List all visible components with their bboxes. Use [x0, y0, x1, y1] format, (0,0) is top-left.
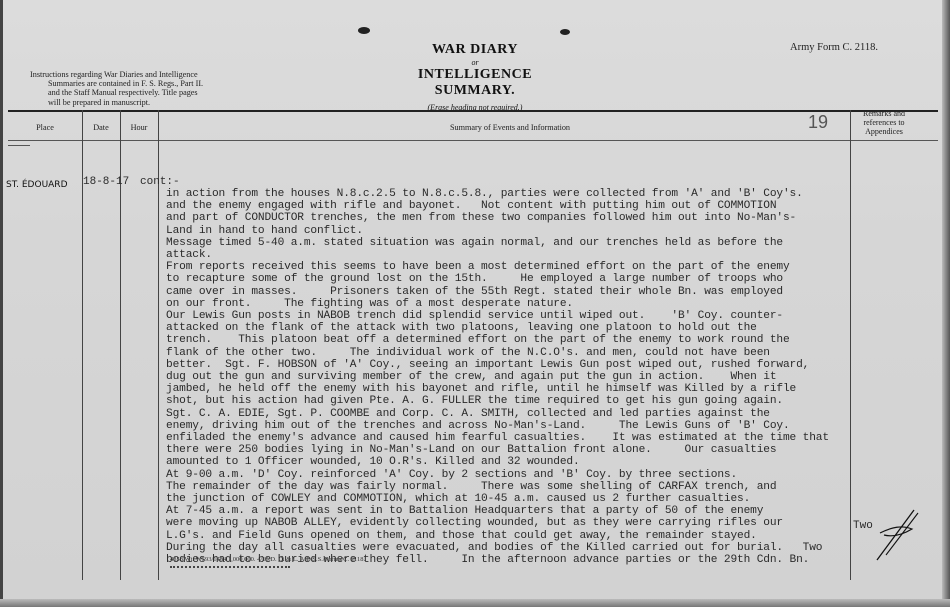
summary-line: Message timed 5-40 a.m. stated situation…	[166, 237, 829, 249]
instructions-line: Summaries are contained in F. S. Regs., …	[30, 79, 255, 88]
printer-imprint: 4358 Wt. W593/1454 1,000,000. 4/15 D. D.…	[170, 556, 365, 563]
place-subrule	[8, 145, 30, 146]
summary-line: The remainder of the day was fairly norm…	[166, 481, 829, 493]
form-instructions: Instructions regarding War Diaries and I…	[30, 70, 255, 107]
summary-line: in action from the houses N.8.c.2.5 to N…	[166, 188, 829, 200]
summary-line: better. Sgt. F. HOBSON of 'A' Coy., seei…	[166, 359, 829, 371]
punch-hole	[560, 29, 570, 35]
summary-line: and the enemy engaged with rifle and bay…	[166, 200, 829, 212]
summary-line: were moving up NABOB ALLEY, evidently co…	[166, 517, 829, 529]
column-divider-remarks	[850, 110, 851, 580]
title-intelligence-summary: INTELLIGENCE SUMMARY.	[380, 67, 570, 99]
instructions-line: and the Staff Manual respectively. Title…	[30, 88, 255, 97]
remarks-entry: Two	[853, 520, 873, 532]
summary-line: enfiladed the enemy's advance and caused…	[166, 432, 829, 444]
summary-line: From reports received this seems to have…	[166, 261, 829, 273]
summary-line: During the day all casualties were evacu…	[166, 542, 829, 554]
summary-line: to recapture some of the ground lost on …	[166, 273, 829, 285]
summary-line: jambed, he held off the enemy with his b…	[166, 383, 829, 395]
header-date: Date	[84, 123, 118, 132]
scan-edge-left	[0, 0, 3, 607]
summary-line: dug out the gun and surviving member of …	[166, 371, 829, 383]
summary-line: and part of CONDUCTOR trenches, the men …	[166, 212, 829, 224]
summary-line: shot, but his action had given Pte. A. G…	[166, 395, 829, 407]
scan-edge-bottom	[0, 599, 950, 607]
entry-continuation: cont:-	[140, 176, 180, 188]
war-diary-page: Instructions regarding War Diaries and I…	[0, 0, 950, 607]
entry-place: ST. ÉDOUARD	[6, 180, 68, 190]
summary-line: L.G's. and Field Guns opened on them, an…	[166, 530, 829, 542]
header-hour: Hour	[122, 123, 156, 132]
summary-line: Sgt. C. A. EDIE, Sgt. P. COOMBE and Corp…	[166, 408, 829, 420]
title-war-diary: WAR DIARY	[380, 42, 570, 58]
entry-summary-text: in action from the houses N.8.c.2.5 to N…	[166, 188, 829, 566]
scan-edge-right	[942, 0, 950, 607]
summary-line: amounted to 1 Officer wounded, 10 O.R's.…	[166, 456, 829, 468]
form-title: WAR DIARY or INTELLIGENCE SUMMARY. (Eras…	[380, 42, 570, 112]
instructions-line: Instructions regarding War Diaries and I…	[30, 70, 255, 79]
printer-imprint-strikethrough	[170, 566, 290, 571]
summary-line: attacked on the flank of the attack with…	[166, 322, 829, 334]
summary-line: trench. This platoon beat off a determin…	[166, 334, 829, 346]
summary-line: on our front. The fighting was of a most…	[166, 298, 829, 310]
summary-line: At 7-45 a.m. a report was sent in to Bat…	[166, 505, 829, 517]
instructions-line: will be prepared in manuscript.	[30, 98, 255, 107]
header-place: Place	[20, 123, 70, 132]
header-remarks: Remarks and references to Appendices	[850, 109, 918, 136]
summary-line: At 9-00 a.m. 'D' Coy. reinforced 'A' Coy…	[166, 469, 829, 481]
header-top-rule	[8, 110, 938, 112]
page-number: 19	[808, 112, 828, 133]
summary-line: attack.	[166, 249, 829, 261]
summary-line: flank of the other two. The individual w…	[166, 347, 829, 359]
summary-line: Our Lewis Gun posts in NABOB trench did …	[166, 310, 829, 322]
summary-line: the junction of COWLEY and COMMOTION, wh…	[166, 493, 829, 505]
army-form-number: Army Form C. 2118.	[790, 42, 878, 53]
summary-line: enemy, driving him out of the trenches a…	[166, 420, 829, 432]
header-summary: Summary of Events and Information	[380, 123, 640, 132]
entry-date: 18-8-17	[83, 176, 129, 188]
summary-line: Land in hand to hand conflict.	[166, 225, 829, 237]
header-bottom-rule	[8, 140, 938, 141]
signature-initials	[872, 505, 922, 565]
summary-line: came over in masses. Prisoners taken of …	[166, 286, 829, 298]
summary-line: there were 250 bodies lying in No-Man's-…	[166, 444, 829, 456]
punch-hole	[358, 27, 370, 34]
